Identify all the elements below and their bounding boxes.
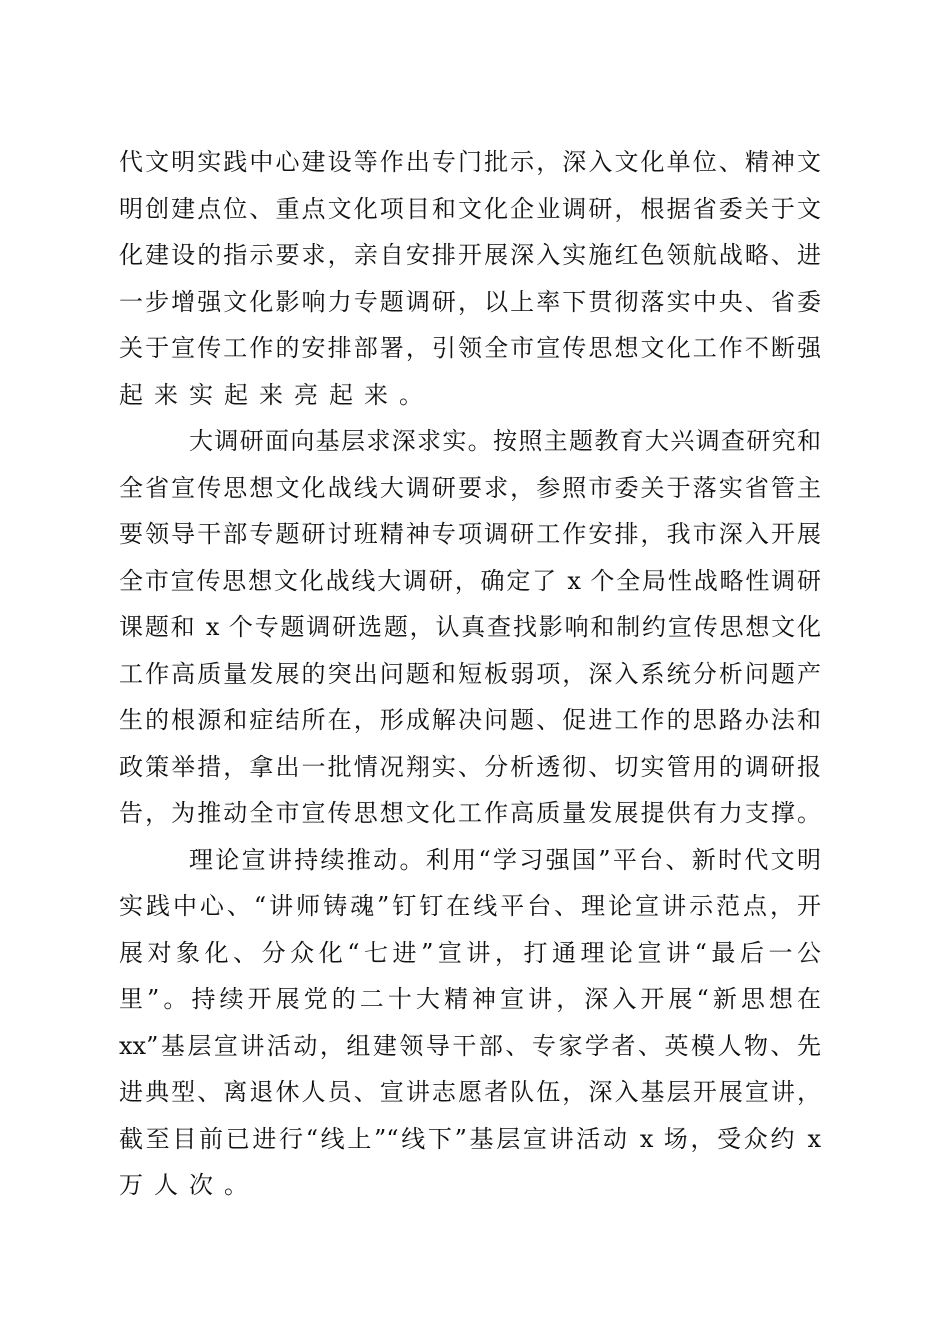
- paragraph-1: 代文明实践中心建设等作出专门批示，深入文化单位、精神文 明创建点位、重点文化项目…: [119, 139, 831, 418]
- text-line: 截至目前已进行“线上”“线下”基层宣讲活动 x 场，受众约 x: [119, 1116, 821, 1163]
- text-line: 要领导干部专题研讨班精神专项调研工作安排，我市深入开展: [119, 511, 821, 558]
- text-line: 里”。持续开展党的二十大精神宣讲，深入开展“新思想在: [119, 976, 821, 1023]
- text-line: 告，为推动全市宣传思想文化工作高质量发展提供有力支撑。: [119, 790, 821, 837]
- text-line: xx”基层宣讲活动，组建领导干部、专家学者、英模人物、先: [119, 1023, 821, 1070]
- text-line: 全省宣传思想文化战线大调研要求，参照市委关于落实省管主: [119, 465, 821, 512]
- text-line: 起来实起来亮起来。: [119, 372, 821, 419]
- text-line: 进典型、离退休人员、宣讲志愿者队伍，深入基层开展宣讲，: [119, 1069, 821, 1116]
- text-line: 课题和 x 个专题调研选题，认真查找影响和制约宣传思想文化: [119, 604, 821, 651]
- text-line: 化建设的指示要求，亲自安排开展深入实施红色领航战略、进: [119, 232, 821, 279]
- text-line: 明创建点位、重点文化项目和文化企业调研，根据省委关于文: [119, 186, 821, 233]
- text-line: 关于宣传工作的安排部署，引领全市宣传思想文化工作不断强: [119, 325, 821, 372]
- document-page: 代文明实践中心建设等作出专门批示，深入文化单位、精神文 明创建点位、重点文化项目…: [119, 139, 831, 1209]
- text-line: 政策举措，拿出一批情况翔实、分析透彻、切实管用的调研报: [119, 744, 821, 791]
- paragraph-heading-line: 大调研面向基层求深求实。按照主题教育大兴调查研究和: [119, 418, 821, 465]
- text-line: 展对象化、分众化“七进”宣讲，打通理论宣讲“最后一公: [119, 930, 821, 977]
- text-line: 代文明实践中心建设等作出专门批示，深入文化单位、精神文: [119, 139, 821, 186]
- paragraph-heading-line: 理论宣讲持续推动。利用“学习强国”平台、新时代文明: [119, 837, 821, 884]
- paragraph-3: 理论宣讲持续推动。利用“学习强国”平台、新时代文明 实践中心、“讲师铸魂”钉钉在…: [119, 837, 831, 1209]
- text-line: 全市宣传思想文化战线大调研，确定了 x 个全局性战略性调研: [119, 558, 821, 605]
- text-line: 工作高质量发展的突出问题和短板弱项，深入系统分析问题产: [119, 651, 821, 698]
- text-line: 生的根源和症结所在，形成解决问题、促进工作的思路办法和: [119, 697, 821, 744]
- text-line: 一步增强文化影响力专题调研，以上率下贯彻落实中央、省委: [119, 279, 821, 326]
- paragraph-2: 大调研面向基层求深求实。按照主题教育大兴调查研究和 全省宣传思想文化战线大调研要…: [119, 418, 831, 837]
- text-line: 实践中心、“讲师铸魂”钉钉在线平台、理论宣讲示范点，开: [119, 883, 821, 930]
- text-line: 万人次。: [119, 1162, 821, 1209]
